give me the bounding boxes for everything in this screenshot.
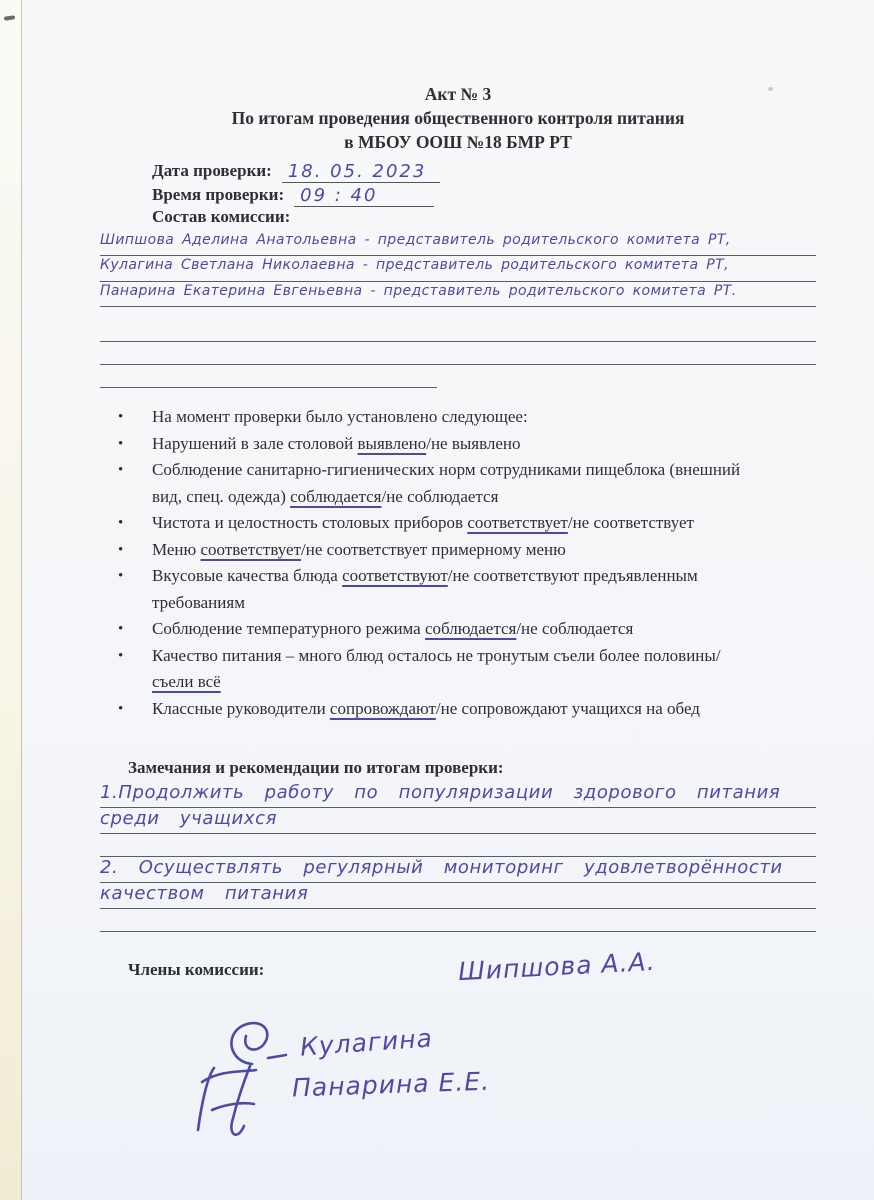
finding-text: Меню bbox=[152, 540, 201, 559]
remark-line: 1.Продолжить работу по популяризации здо… bbox=[100, 782, 816, 808]
finding-text: /не соблюдается bbox=[516, 619, 633, 638]
empty-ruled-line-short bbox=[100, 365, 437, 388]
scanned-document-page: Акт № 3 По итогам проведения общественно… bbox=[0, 0, 874, 1200]
pen-underlined-choice: соблюдается bbox=[425, 619, 516, 638]
finding-text: /не соответствует примерному меню bbox=[301, 540, 566, 559]
empty-ruled-line bbox=[100, 909, 816, 932]
bullet-icon: • bbox=[118, 457, 123, 484]
commission-members-signature-row: Члены комиссии: Шипшова А.А. bbox=[128, 960, 816, 990]
finding-text: Качество питания – много блюд осталось н… bbox=[152, 646, 721, 665]
scan-edge-strip bbox=[0, 0, 22, 1200]
finding-text: Соблюдение температурного режима bbox=[152, 619, 425, 638]
commission-label: Состав комиссии: bbox=[152, 207, 290, 227]
finding-item: •Меню соответствует/не соответствует при… bbox=[100, 537, 748, 564]
signature-kulagina: Кулагина bbox=[299, 1023, 434, 1061]
signature-shipshova: Шипшова А.А. bbox=[457, 947, 656, 986]
spacer bbox=[100, 307, 816, 319]
finding-text: На момент проверки было установлено след… bbox=[152, 407, 528, 426]
pen-underlined-choice: соответствуют bbox=[342, 566, 448, 585]
document-title-line3: в МБОУ ООШ №18 БМР РТ bbox=[100, 130, 816, 154]
pen-underlined-choice: соответствует bbox=[467, 513, 568, 532]
finding-text: Классные руководители bbox=[152, 699, 330, 718]
commission-member-line: Кулагина Светлана Николаевна - представи… bbox=[100, 256, 816, 282]
document-content: Акт № 3 По итогам проведения общественно… bbox=[100, 0, 816, 1170]
time-value: 09 : 40 bbox=[294, 185, 434, 207]
bullet-icon: • bbox=[118, 563, 123, 590]
empty-ruled-line bbox=[100, 342, 816, 365]
finding-text: Вкусовые качества блюда bbox=[152, 566, 342, 585]
signature-stroke-panarina bbox=[192, 1060, 292, 1144]
signatures-block: Кулагина Панарина Е.Е. bbox=[100, 990, 816, 1170]
finding-item: •Нарушений в зале столовой выявлено/не в… bbox=[100, 431, 748, 458]
remarks-heading: Замечания и рекомендации по итогам прове… bbox=[128, 758, 816, 778]
document-title-line2: По итогам проведения общественного контр… bbox=[100, 106, 816, 130]
finding-item: •Соблюдение санитарно-гигиенических норм… bbox=[100, 457, 748, 510]
bullet-icon: • bbox=[118, 696, 123, 723]
members-label: Члены комиссии: bbox=[128, 960, 264, 979]
commission-member-line: Панарина Екатерина Евгеньевна - представ… bbox=[100, 282, 816, 308]
finding-item: •Соблюдение температурного режима соблюд… bbox=[100, 616, 748, 643]
time-label: Время проверки: bbox=[152, 185, 284, 205]
signature-panarina: Панарина Е.Е. bbox=[292, 1067, 491, 1103]
pen-underlined-choice: сопровождают bbox=[330, 699, 436, 718]
finding-item: •Вкусовые качества блюда соответствуют/н… bbox=[100, 563, 748, 616]
finding-text: /не соответствует bbox=[568, 513, 694, 532]
document-title-line1: Акт № 3 bbox=[100, 82, 816, 106]
bullet-icon: • bbox=[118, 510, 123, 537]
commission-label-row: Состав комиссии: bbox=[152, 207, 816, 231]
finding-text: Чистота и целостность столовых приборов bbox=[152, 513, 467, 532]
pen-underlined-choice: соответствует bbox=[201, 540, 302, 559]
finding-item: •Качество питания – много блюд осталось … bbox=[100, 643, 748, 696]
remark-line: среди учащихся bbox=[100, 808, 816, 834]
empty-ruled-line bbox=[100, 834, 816, 857]
finding-item: •На момент проверки было установлено сле… bbox=[100, 404, 748, 431]
bullet-icon: • bbox=[118, 643, 123, 670]
time-field-row: Время проверки: 09 : 40 bbox=[152, 184, 816, 208]
bullet-icon: • bbox=[118, 431, 123, 458]
remarks-block: 1.Продолжить работу по популяризации здо… bbox=[100, 782, 816, 932]
remark-line: 2. Осуществлять регулярный мониторинг уд… bbox=[100, 857, 816, 883]
finding-item: •Чистота и целостность столовых приборов… bbox=[100, 510, 748, 537]
findings-list: •На момент проверки было установлено сле… bbox=[100, 404, 748, 722]
remark-line: качеством питания bbox=[100, 883, 816, 909]
finding-text: /не соблюдается bbox=[381, 487, 498, 506]
finding-text: /не сопровождают учащихся на обед bbox=[436, 699, 700, 718]
bullet-icon: • bbox=[118, 404, 123, 431]
date-value: 18. 05. 2023 bbox=[282, 161, 441, 183]
pen-underlined-choice: съели всё bbox=[152, 672, 221, 691]
date-label: Дата проверки: bbox=[152, 161, 272, 181]
commission-members-list: Шипшова Аделина Анатольевна - представит… bbox=[100, 231, 816, 389]
header-fields: Дата проверки: 18. 05. 2023 Время провер… bbox=[152, 160, 816, 231]
bullet-icon: • bbox=[118, 537, 123, 564]
date-field-row: Дата проверки: 18. 05. 2023 bbox=[152, 160, 816, 184]
finding-text: Нарушений в зале столовой bbox=[152, 434, 358, 453]
document-title-block: Акт № 3 По итогам проведения общественно… bbox=[100, 82, 816, 154]
finding-item: •Классные руководители сопровождают/не с… bbox=[100, 696, 748, 723]
pen-underlined-choice: соблюдается bbox=[290, 487, 381, 506]
commission-member-line: Шипшова Аделина Анатольевна - представит… bbox=[100, 231, 816, 257]
pen-underlined-choice: выявлено bbox=[358, 434, 427, 453]
finding-text: /не выявлено bbox=[426, 434, 520, 453]
empty-ruled-line bbox=[100, 319, 816, 342]
bullet-icon: • bbox=[118, 616, 123, 643]
